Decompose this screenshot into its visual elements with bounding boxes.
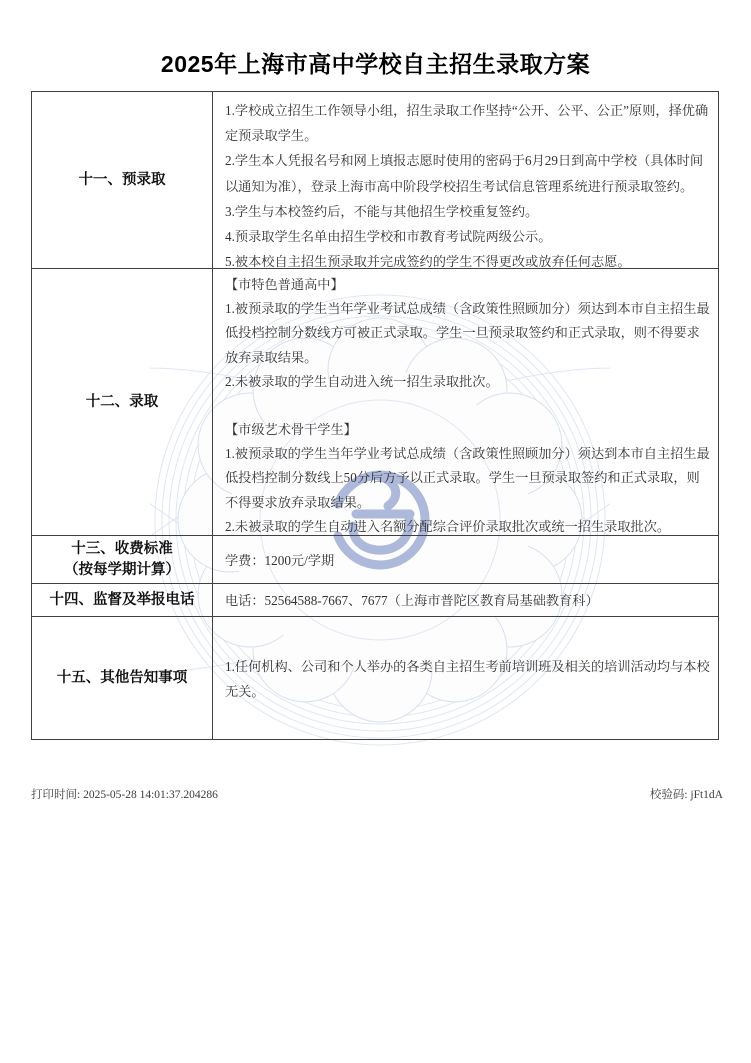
row-header-label: 十三、收费标准 bbox=[71, 539, 173, 559]
paragraph: 1.被预录取的学生当年学业考试总成绩（含政策性照顾加分）须达到本市自主招生最低投… bbox=[225, 442, 710, 515]
table-row-12-admission: 十二、录取 【市特色普通高中】 1.被预录取的学生当年学业考试总成绩（含政策性照… bbox=[32, 269, 718, 536]
paragraph: 3.学生与本校签约后，不能与其他招生学校重复签约。 bbox=[225, 199, 710, 224]
row-body-admission: 【市特色普通高中】 1.被预录取的学生当年学业考试总成绩（含政策性照顾加分）须达… bbox=[213, 269, 718, 535]
paragraph: 2.学生本人凭报名号和网上填报志愿时使用的密码于6月29日到高中学校（具体时间以… bbox=[225, 148, 710, 198]
row-header-other-notices: 十五、其他告知事项 bbox=[32, 617, 213, 739]
row-header-label: 十五、其他告知事项 bbox=[57, 668, 188, 688]
page-title: 2025年上海市高中学校自主招生录取方案 bbox=[0, 46, 751, 79]
document-footer: 打印时间: 2025-05-28 14:01:37.204286 校验码: jF… bbox=[31, 786, 723, 802]
table-row-13-fees: 十三、收费标准 （按每学期计算） 学费：1200元/学期 bbox=[32, 536, 718, 584]
table-row-15-other-notices: 十五、其他告知事项 1.任何机构、公司和个人举办的各类自主招生考前培训班及相关的… bbox=[32, 617, 718, 739]
row-body-supervision-phone: 电话：52564588-7667、7677（上海市普陀区教育局基础教育科） bbox=[213, 584, 718, 616]
table-row-14-supervision-phone: 十四、监督及举报电话 电话：52564588-7667、7677（上海市普陀区教… bbox=[32, 584, 718, 617]
row-header-supervision-phone: 十四、监督及举报电话 bbox=[32, 584, 213, 616]
paragraph: 2.未被录取的学生自动进入统一招生录取批次。 bbox=[225, 370, 710, 394]
row-header-label: 十四、监督及举报电话 bbox=[50, 590, 195, 610]
paragraph: 1.学校成立招生工作领导小组，招生录取工作坚持“公开、公平、公正”原则，择优确定… bbox=[225, 98, 710, 148]
row-header-label: 十一、预录取 bbox=[79, 170, 166, 190]
paragraph: 1.被预录取的学生当年学业考试总成绩（含政策性照顾加分）须达到本市自主招生最低投… bbox=[225, 297, 710, 370]
checksum-text: 校验码: jFt1dA bbox=[650, 786, 723, 802]
row-header-admission: 十二、录取 bbox=[32, 269, 213, 535]
row-header-label-line2: （按每学期计算） bbox=[64, 560, 180, 580]
paragraph: 学费：1200元/学期 bbox=[225, 548, 710, 573]
section-title: 【市级艺术骨干学生】 bbox=[225, 418, 710, 442]
row-body-pre-admission: 1.学校成立招生工作领导小组，招生录取工作坚持“公开、公平、公正”原则，择优确定… bbox=[213, 92, 718, 268]
paragraph: 电话：52564588-7667、7677（上海市普陀区教育局基础教育科） bbox=[225, 588, 710, 613]
paragraph: 1.任何机构、公司和个人举办的各类自主招生考前培训班及相关的培训活动均与本校无关… bbox=[225, 654, 710, 704]
row-body-other-notices: 1.任何机构、公司和个人举办的各类自主招生考前培训班及相关的培训活动均与本校无关… bbox=[213, 617, 718, 739]
admission-plan-table: 十一、预录取 1.学校成立招生工作领导小组，招生录取工作坚持“公开、公平、公正”… bbox=[31, 91, 719, 740]
row-body-fees: 学费：1200元/学期 bbox=[213, 536, 718, 583]
row-header-fees: 十三、收费标准 （按每学期计算） bbox=[32, 536, 213, 583]
row-header-label: 十二、录取 bbox=[86, 392, 159, 412]
row-header-pre-admission: 十一、预录取 bbox=[32, 92, 213, 268]
table-row-11-pre-admission: 十一、预录取 1.学校成立招生工作领导小组，招生录取工作坚持“公开、公平、公正”… bbox=[32, 92, 718, 269]
paragraph: 4.预录取学生名单由招生学校和市教育考试院两级公示。 bbox=[225, 224, 710, 249]
section-title: 【市特色普通高中】 bbox=[225, 273, 710, 297]
print-time-text: 打印时间: 2025-05-28 14:01:37.204286 bbox=[31, 786, 218, 802]
